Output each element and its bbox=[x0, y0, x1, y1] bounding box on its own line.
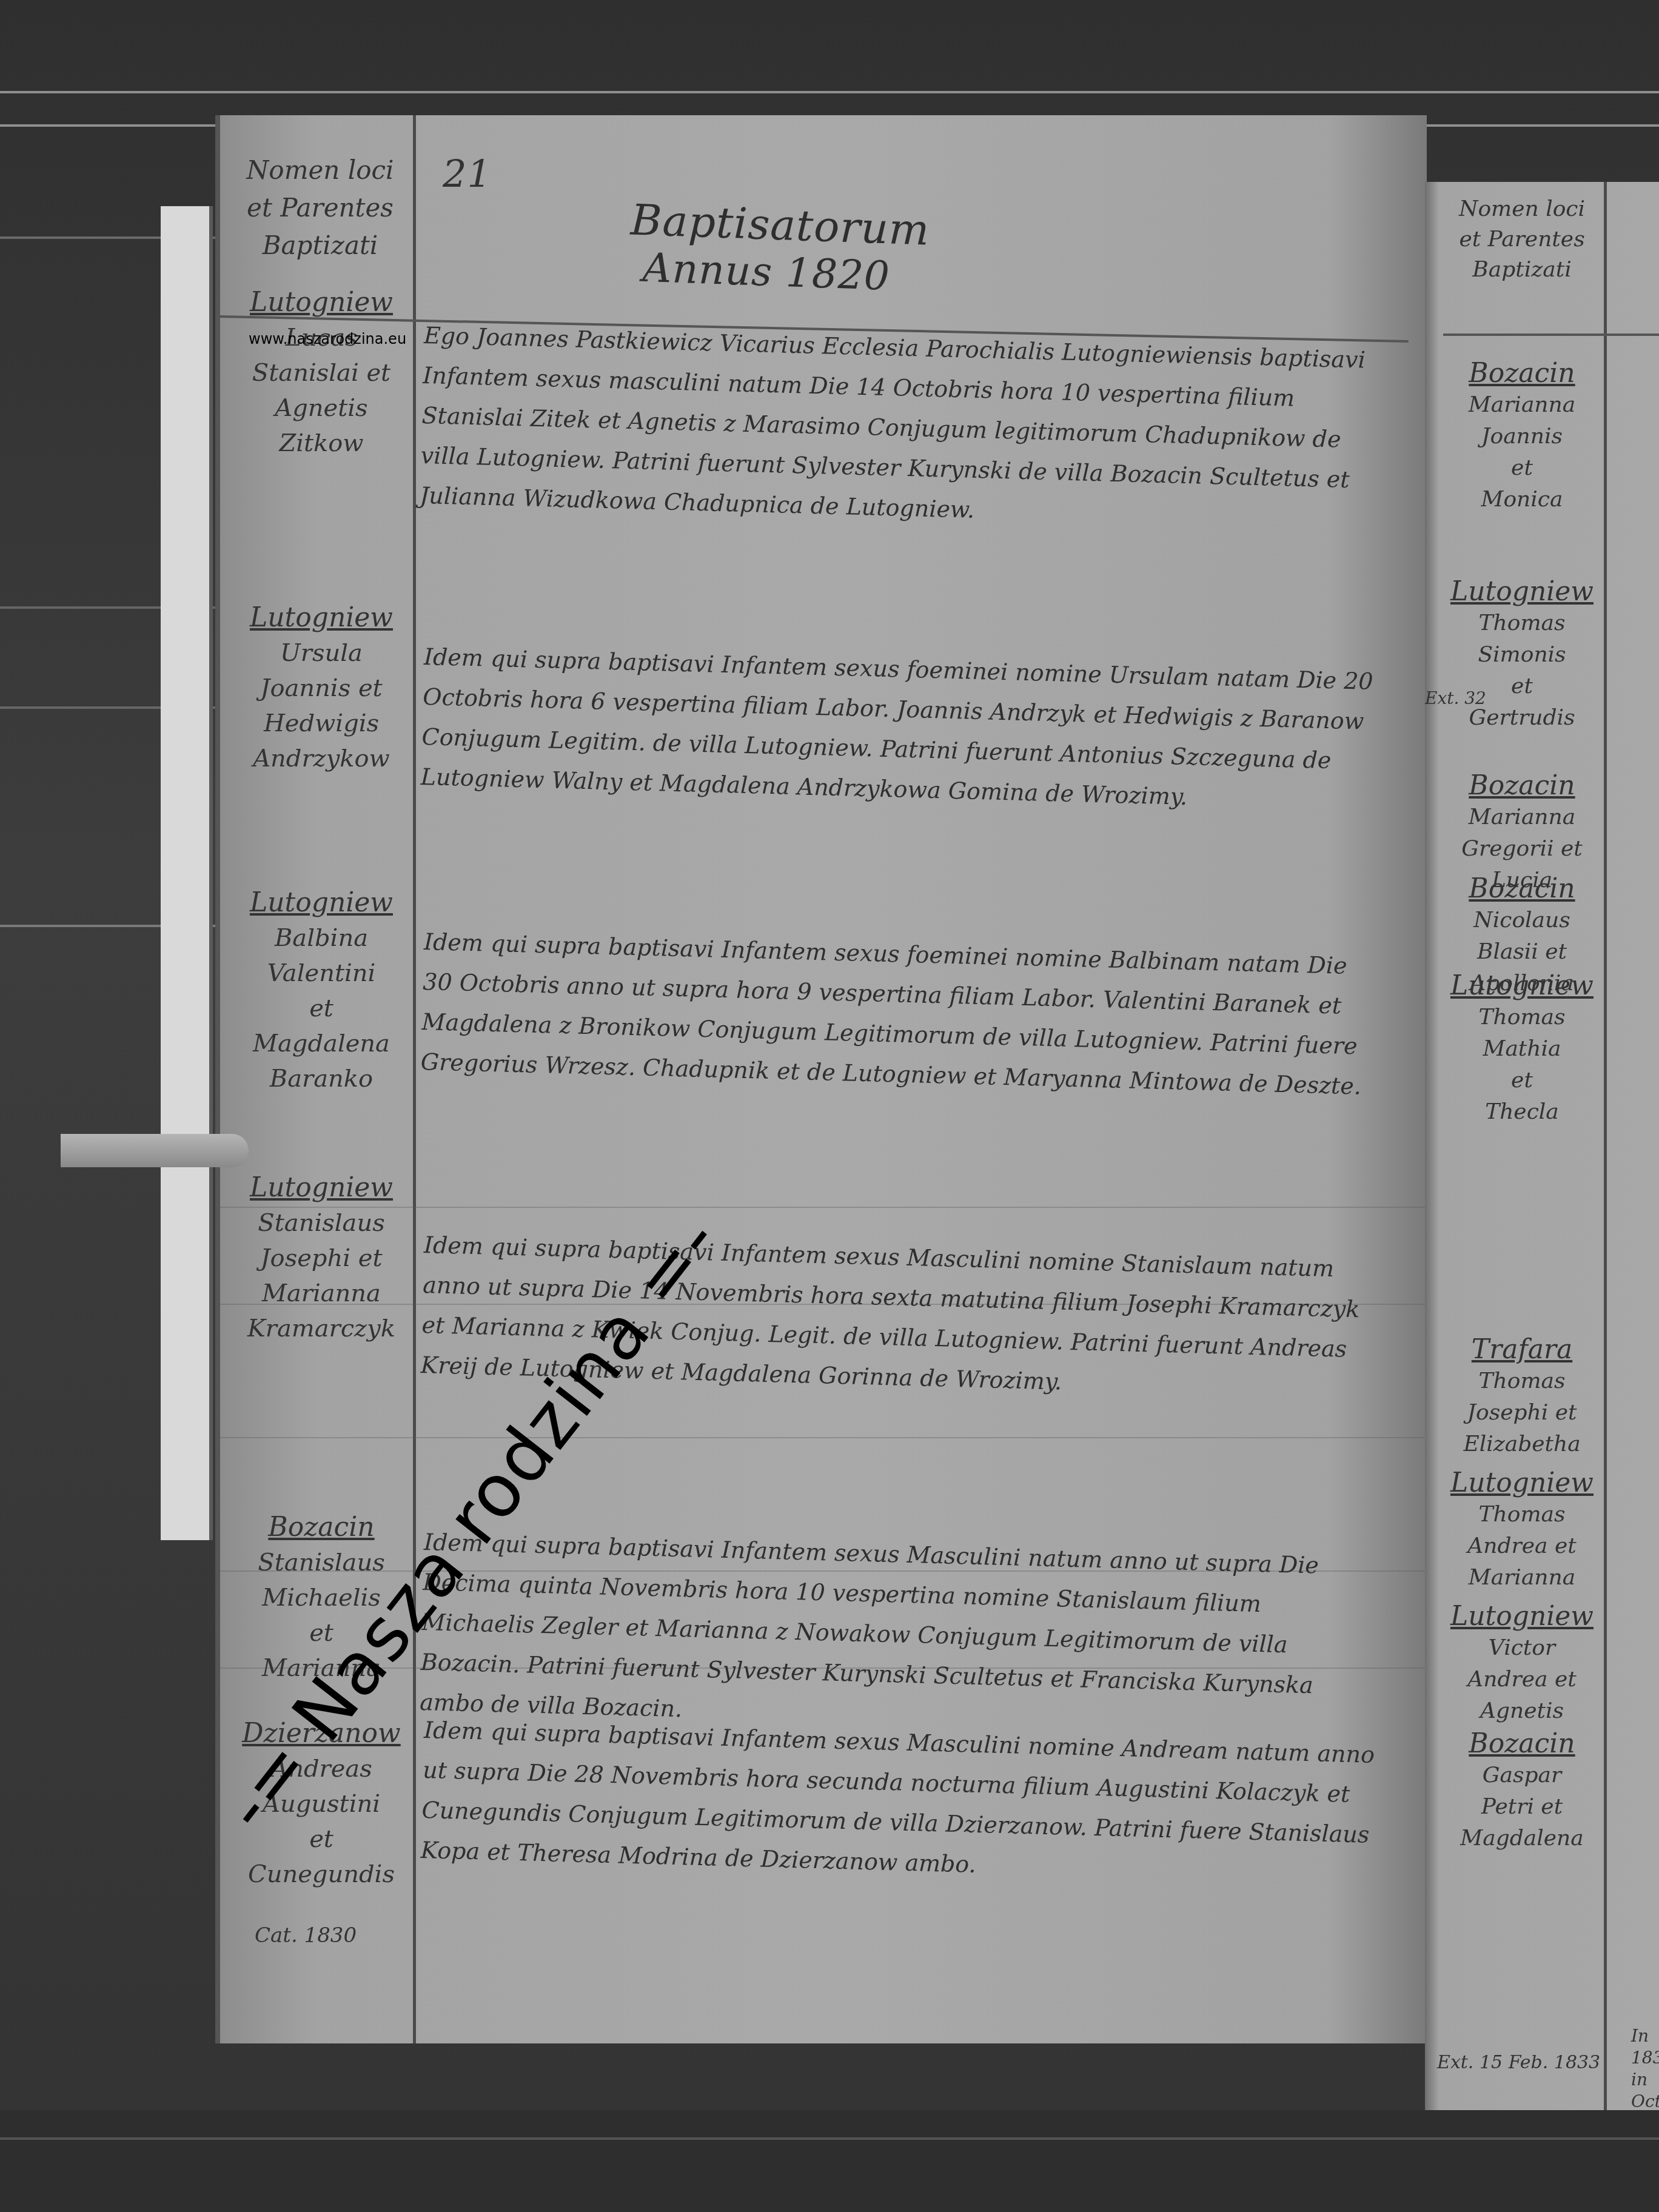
entry-line: Josephi et bbox=[1443, 1397, 1601, 1429]
entry-line: Magdalena bbox=[230, 1026, 412, 1061]
baptism-entry: Idem qui supra baptisavi Infantem sexus … bbox=[420, 637, 1382, 822]
entry-line: Stanislaus bbox=[230, 1205, 412, 1241]
entry-line: Thomas bbox=[1443, 1366, 1601, 1397]
entry-place: Bozacin bbox=[1443, 770, 1601, 802]
entry-line: Marianna bbox=[1443, 1562, 1601, 1594]
entry-line: Nicolaus bbox=[1443, 905, 1601, 936]
margin-entry: Lutogniew Thomas Andrea et Marianna bbox=[1443, 1467, 1601, 1594]
margin-entry: Lutogniew Thomas Mathia et Thecla bbox=[1443, 970, 1601, 1128]
column-header-line: Baptizati bbox=[1443, 255, 1601, 285]
entry-line: Ursula bbox=[230, 635, 412, 671]
entry-line: et bbox=[1443, 1065, 1601, 1096]
margin-entry: Lutogniew Stanislaus Josephi et Marianna… bbox=[230, 1170, 412, 1346]
entry-line: Cunegundis bbox=[230, 1857, 412, 1892]
entry-place: Bozacin bbox=[1443, 873, 1601, 905]
entry-place: Lutogniew bbox=[230, 600, 412, 635]
entry-line: Hedwigis bbox=[230, 706, 412, 741]
edge-fragment-line: In 1833 bbox=[1631, 2025, 1659, 2069]
margin-column-rule bbox=[413, 115, 416, 2043]
entry-place: Lutogniew bbox=[230, 885, 412, 920]
margin-footnote: Cat. 1830 bbox=[255, 1922, 357, 1949]
edge-fragment-line: in Oct. bbox=[1631, 2069, 1659, 2113]
entry-line: Kramarczyk bbox=[230, 1311, 412, 1346]
entry-line: Marianna bbox=[1443, 802, 1601, 833]
entry-line: Josephi et bbox=[230, 1241, 412, 1276]
entry-line: Thomas bbox=[1443, 1499, 1601, 1530]
entry-line: Agnetis bbox=[230, 390, 412, 426]
entry-place: Lutogniew bbox=[1443, 1467, 1601, 1499]
entry-place: Lutogniew bbox=[230, 285, 412, 320]
column-header-line: Nomen loci bbox=[1443, 194, 1601, 224]
entry-line: Thomas bbox=[1443, 1002, 1601, 1033]
entry-place: Bozacin bbox=[230, 1510, 412, 1545]
entry-line: Magdalena bbox=[1443, 1823, 1601, 1854]
baptism-entry: Idem qui supra baptisavi Infantem sexus … bbox=[420, 922, 1382, 1107]
margin-entry: Lutogniew Ursula Joannis et Hedwigis And… bbox=[230, 600, 412, 776]
side-note: Ext. 32 bbox=[1425, 685, 1486, 712]
folio-number: 21 bbox=[443, 152, 492, 196]
entry-place: Lutogniew bbox=[230, 1170, 412, 1205]
entry-line: Agnetis bbox=[1443, 1695, 1601, 1727]
baptism-entry: Ego Joannes Pastkiewicz Vicarius Ecclesi… bbox=[419, 315, 1382, 540]
entry-place: Lutogniew bbox=[1443, 970, 1601, 1002]
paper-tab-strip bbox=[161, 206, 213, 1540]
margin-entry: Bozacin Marianna Joannis et Monica bbox=[1443, 358, 1601, 515]
header-rule bbox=[1443, 333, 1659, 336]
column-header-line: Nomen loci bbox=[232, 152, 408, 189]
entry-line: Andrzykow bbox=[230, 741, 412, 776]
entry-place: Trafara bbox=[1443, 1334, 1601, 1366]
bookmark-ribbon bbox=[61, 1134, 249, 1167]
right-column-header: Nomen loci et Parentes Baptizati bbox=[1443, 194, 1601, 285]
column-header: Nomen loci et Parentes Baptizati bbox=[232, 152, 408, 264]
margin-entry: Bozacin Gaspar Petri et Magdalena bbox=[1443, 1728, 1601, 1854]
entry-line: Andrea et bbox=[1443, 1664, 1601, 1695]
entry-line: Simonis bbox=[1443, 639, 1601, 671]
entry-line: Mathia bbox=[1443, 1033, 1601, 1065]
glare-streak bbox=[0, 91, 1659, 93]
column-header-line: et Parentes bbox=[232, 189, 408, 227]
glare-streak bbox=[0, 2137, 1659, 2140]
entry-line: Andrea et bbox=[1443, 1530, 1601, 1562]
register-year: Annus 1820 bbox=[642, 244, 891, 300]
entry-line: Gregorii et bbox=[1443, 833, 1601, 865]
page-edge-fragment: In 1833 in Oct. bbox=[1631, 2025, 1659, 2113]
column-header-line: et Parentes bbox=[1443, 224, 1601, 255]
entry-place: Bozacin bbox=[1443, 358, 1601, 389]
baptism-entry: Idem qui supra baptisavi Infantem sexus … bbox=[420, 1710, 1382, 1895]
entry-place: Lutogniew bbox=[1443, 576, 1601, 608]
entry-line: Petri et bbox=[1443, 1791, 1601, 1823]
scanner-bottom-edge bbox=[0, 2110, 1659, 2212]
entry-line: Balbina bbox=[230, 920, 412, 956]
margin-entry: Trafara Thomas Josephi et Elizabetha bbox=[1443, 1334, 1601, 1460]
entry-line: Stanislai et bbox=[230, 355, 412, 390]
entry-line: et bbox=[1443, 452, 1601, 484]
entry-line: Elizabetha bbox=[1443, 1429, 1601, 1460]
entry-line: Thecla bbox=[1443, 1096, 1601, 1128]
entry-line: Marianna bbox=[230, 1276, 412, 1311]
entry-line: Joannis bbox=[1443, 421, 1601, 452]
entry-line: Blasii et bbox=[1443, 936, 1601, 968]
entry-line: Gaspar bbox=[1443, 1760, 1601, 1791]
entry-line: Thomas bbox=[1443, 608, 1601, 639]
entry-line: Victor bbox=[1443, 1632, 1601, 1664]
entry-line: Monica bbox=[1443, 484, 1601, 515]
entry-line: Valentini bbox=[230, 956, 412, 991]
entry-line: Marianna bbox=[1443, 389, 1601, 421]
right-footnote: Ext. 15 Feb. 1833 bbox=[1437, 2049, 1600, 2076]
entry-line: Baranko bbox=[230, 1061, 412, 1096]
entry-place: Bozacin bbox=[1443, 1728, 1601, 1760]
entry-line: Zitkow bbox=[230, 426, 412, 461]
margin-entry: Lutogniew Lucas Stanislai et Agnetis Zit… bbox=[230, 285, 412, 461]
margin-column-rule bbox=[1604, 182, 1607, 2110]
ledger-line bbox=[220, 1437, 1427, 1438]
column-header-line: Baptizati bbox=[232, 227, 408, 264]
margin-entry: Lutogniew Balbina Valentini et Magdalena… bbox=[230, 885, 412, 1096]
margin-entry: Lutogniew Victor Andrea et Agnetis bbox=[1443, 1601, 1601, 1727]
entry-place: Lutogniew bbox=[1443, 1601, 1601, 1632]
entry-line: et bbox=[230, 991, 412, 1026]
entry-line: Joannis et bbox=[230, 671, 412, 706]
watermark-url: www.naszarodzina.eu bbox=[249, 330, 406, 347]
